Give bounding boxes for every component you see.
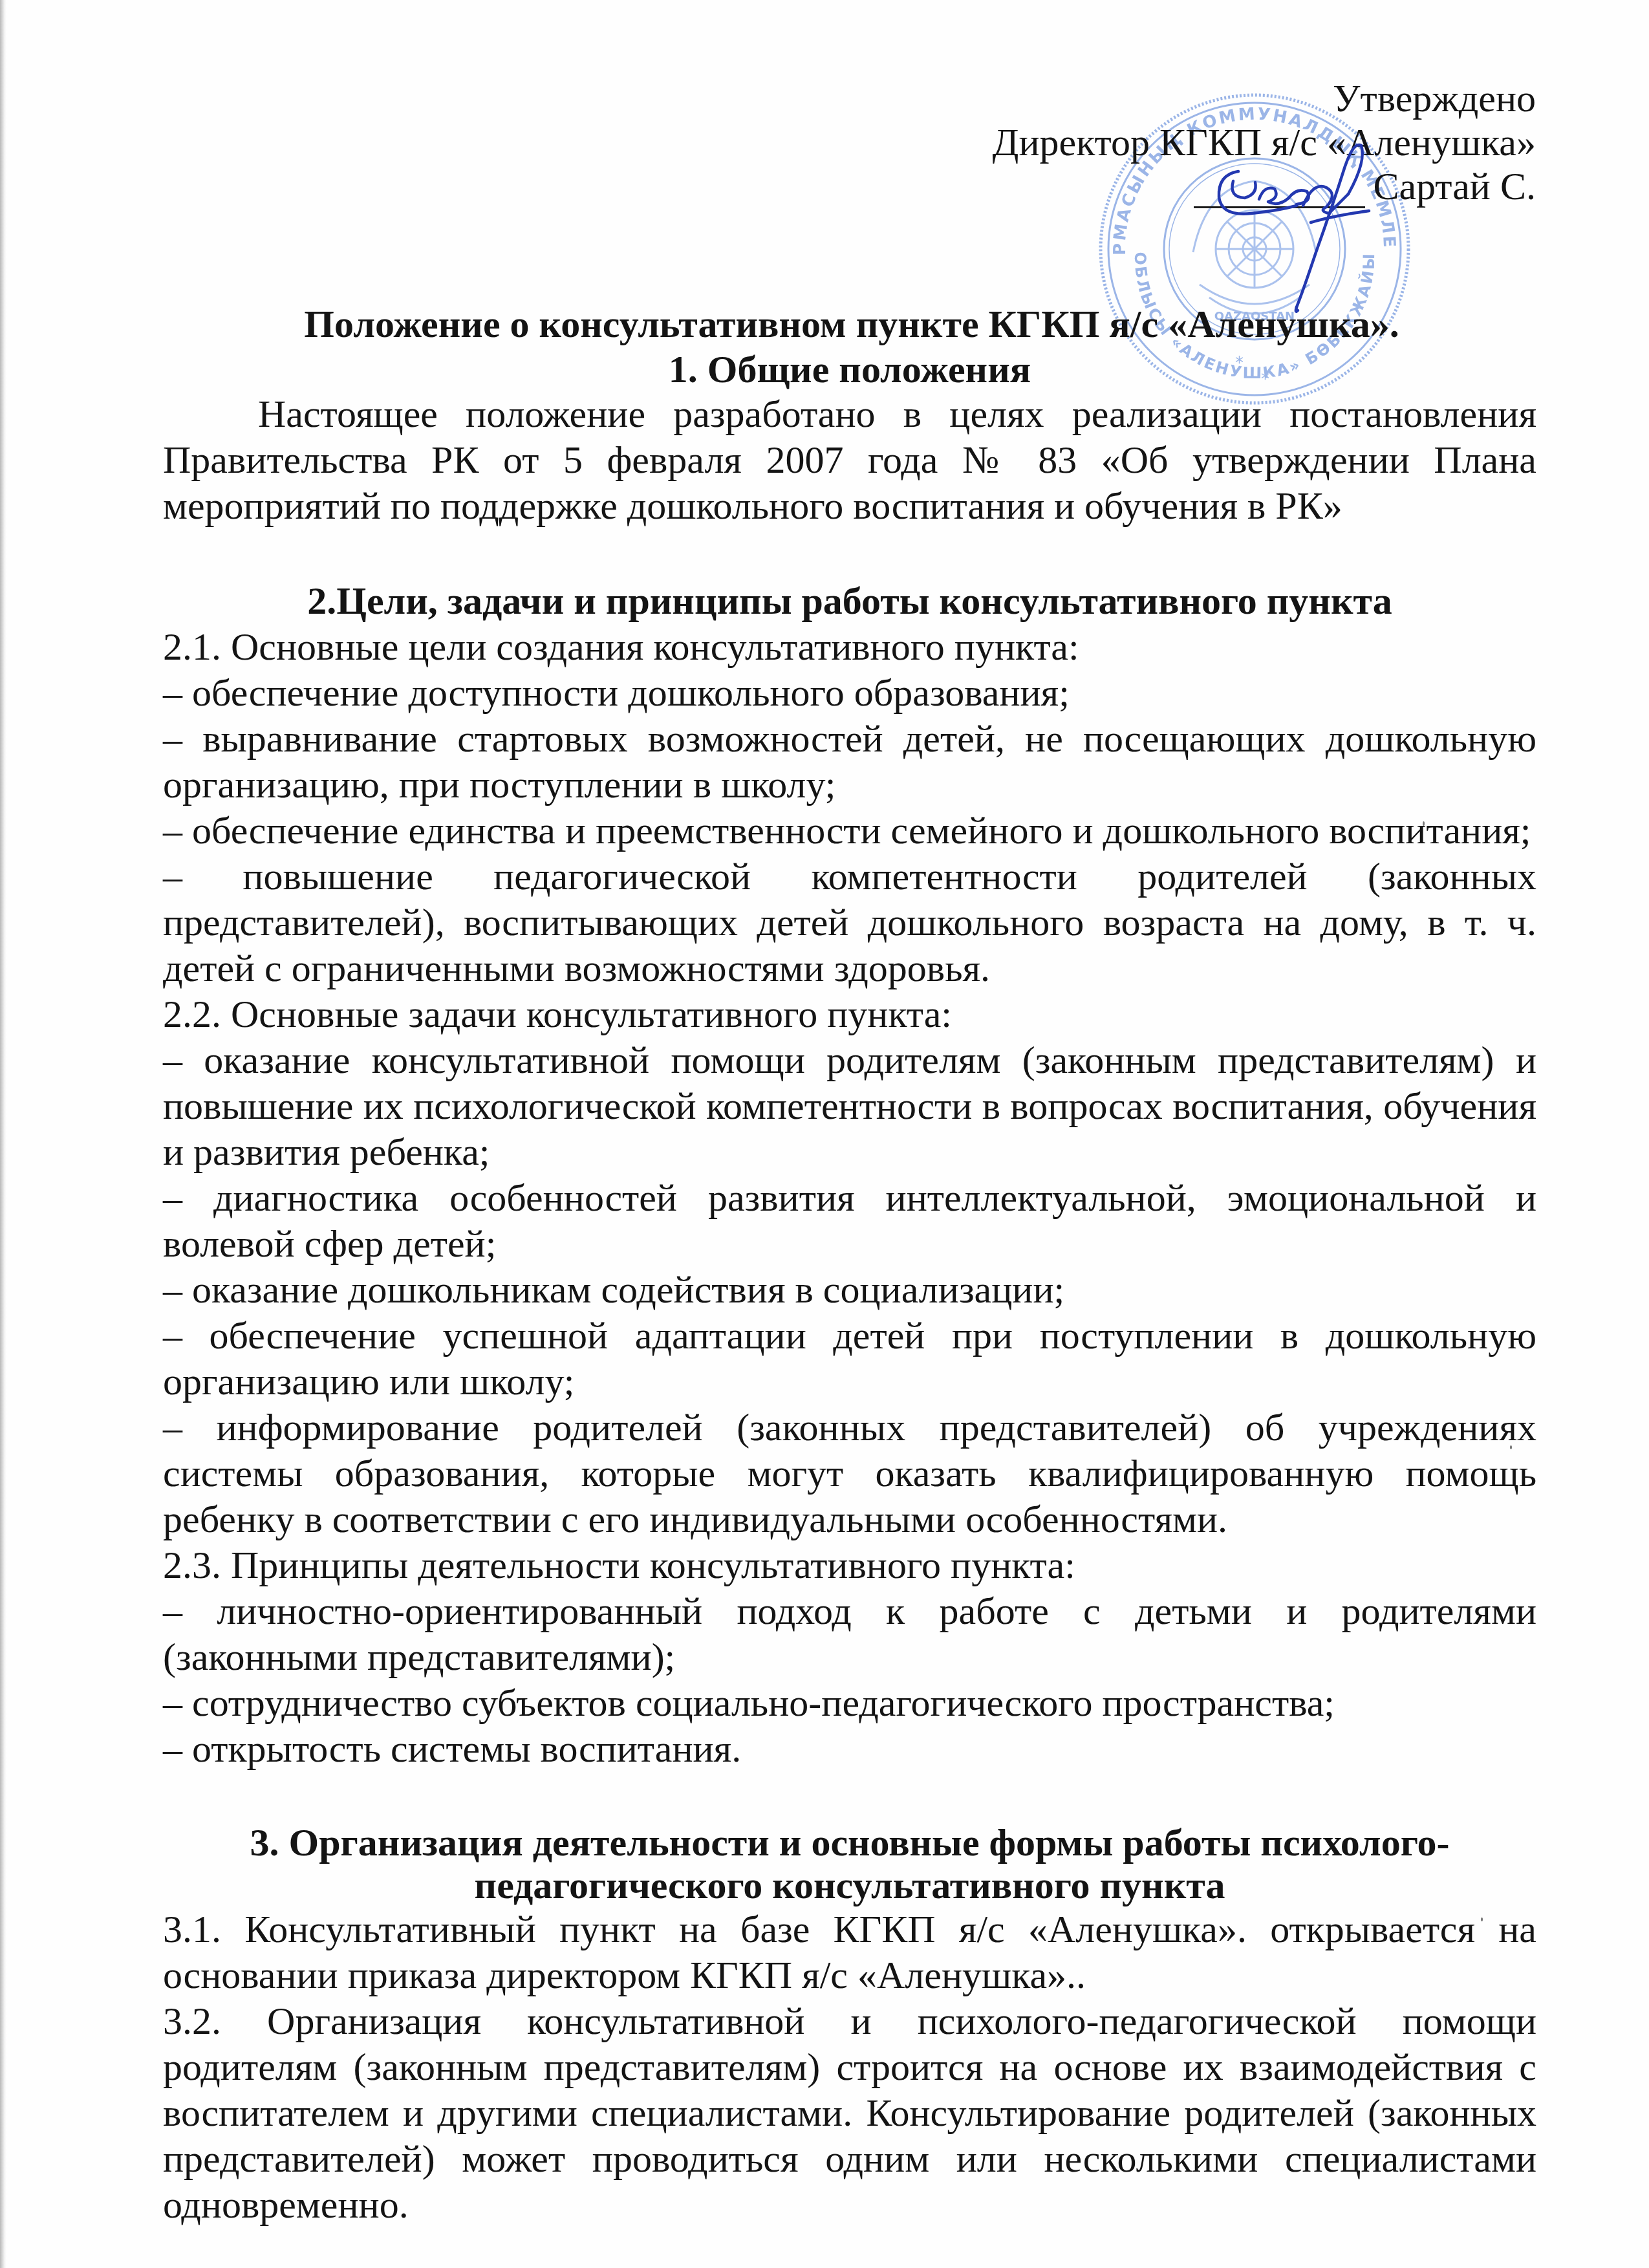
task-item: – обеспечение успешной адаптации детей п… xyxy=(163,1313,1536,1405)
principle-item: – личностно-ориентированный подход к раб… xyxy=(163,1588,1536,1680)
section-3-heading: 3. Организация деятельности и основные ф… xyxy=(163,1821,1536,1906)
goal-item: – обеспечение единства и преемственности… xyxy=(163,808,1536,854)
scan-shadow-edge xyxy=(0,0,6,2268)
handwritten-signature-icon xyxy=(1200,84,1394,369)
spacer xyxy=(163,529,1536,578)
subsection-2-1-lead: 2.1. Основные цели создания консультатив… xyxy=(163,624,1536,670)
subsection-3-2: 3.2. Организация консультативной и психо… xyxy=(163,1998,1536,2228)
section-1-paragraph: Настоящее положение разработано в целях … xyxy=(163,391,1536,529)
principle-item: – открытость системы воспитания. xyxy=(163,1726,1536,1772)
principle-item: – сотрудничество субъектов социально-пед… xyxy=(163,1680,1536,1726)
goal-item: – повышение педагогической компетентност… xyxy=(163,854,1536,991)
document-page: БАСҚАРМАСЫНЫҢ КОММУНАЛДЫҚ МЕМЛЕКЕТТІК ОБ… xyxy=(0,0,1649,2268)
subsection-2-2-lead: 2.2. Основные задачи консультативного пу… xyxy=(163,991,1536,1037)
section-2-heading: 2.Цели, задачи и принципы работы консуль… xyxy=(163,578,1536,624)
goal-item: – выравнивание стартовых возможностей де… xyxy=(163,716,1536,808)
task-item: – оказание дошкольникам содействия в соц… xyxy=(163,1267,1536,1313)
subsection-3-1: 3.1. Консультативный пункт на базе КГКП … xyxy=(163,1906,1536,1998)
section-3-heading-line-2: педагогического консультативного пункта xyxy=(475,1864,1225,1906)
approver-name: Сартай С. xyxy=(1373,164,1536,208)
task-item: – информирование родителей (законных пре… xyxy=(163,1405,1536,1542)
spacer xyxy=(163,1772,1536,1821)
document-body: Положение о консультативном пункте КГКП … xyxy=(163,301,1536,2228)
task-item: – диагностика особенностей развития инте… xyxy=(163,1175,1536,1267)
section-3-heading-line-1: 3. Организация деятельности и основные ф… xyxy=(250,1821,1450,1864)
task-item: – оказание консультативной помощи родите… xyxy=(163,1037,1536,1175)
subsection-2-3-lead: 2.3. Принципы деятельности консультативн… xyxy=(163,1542,1536,1588)
goal-item: – обеспечение доступности дошкольного об… xyxy=(163,670,1536,716)
